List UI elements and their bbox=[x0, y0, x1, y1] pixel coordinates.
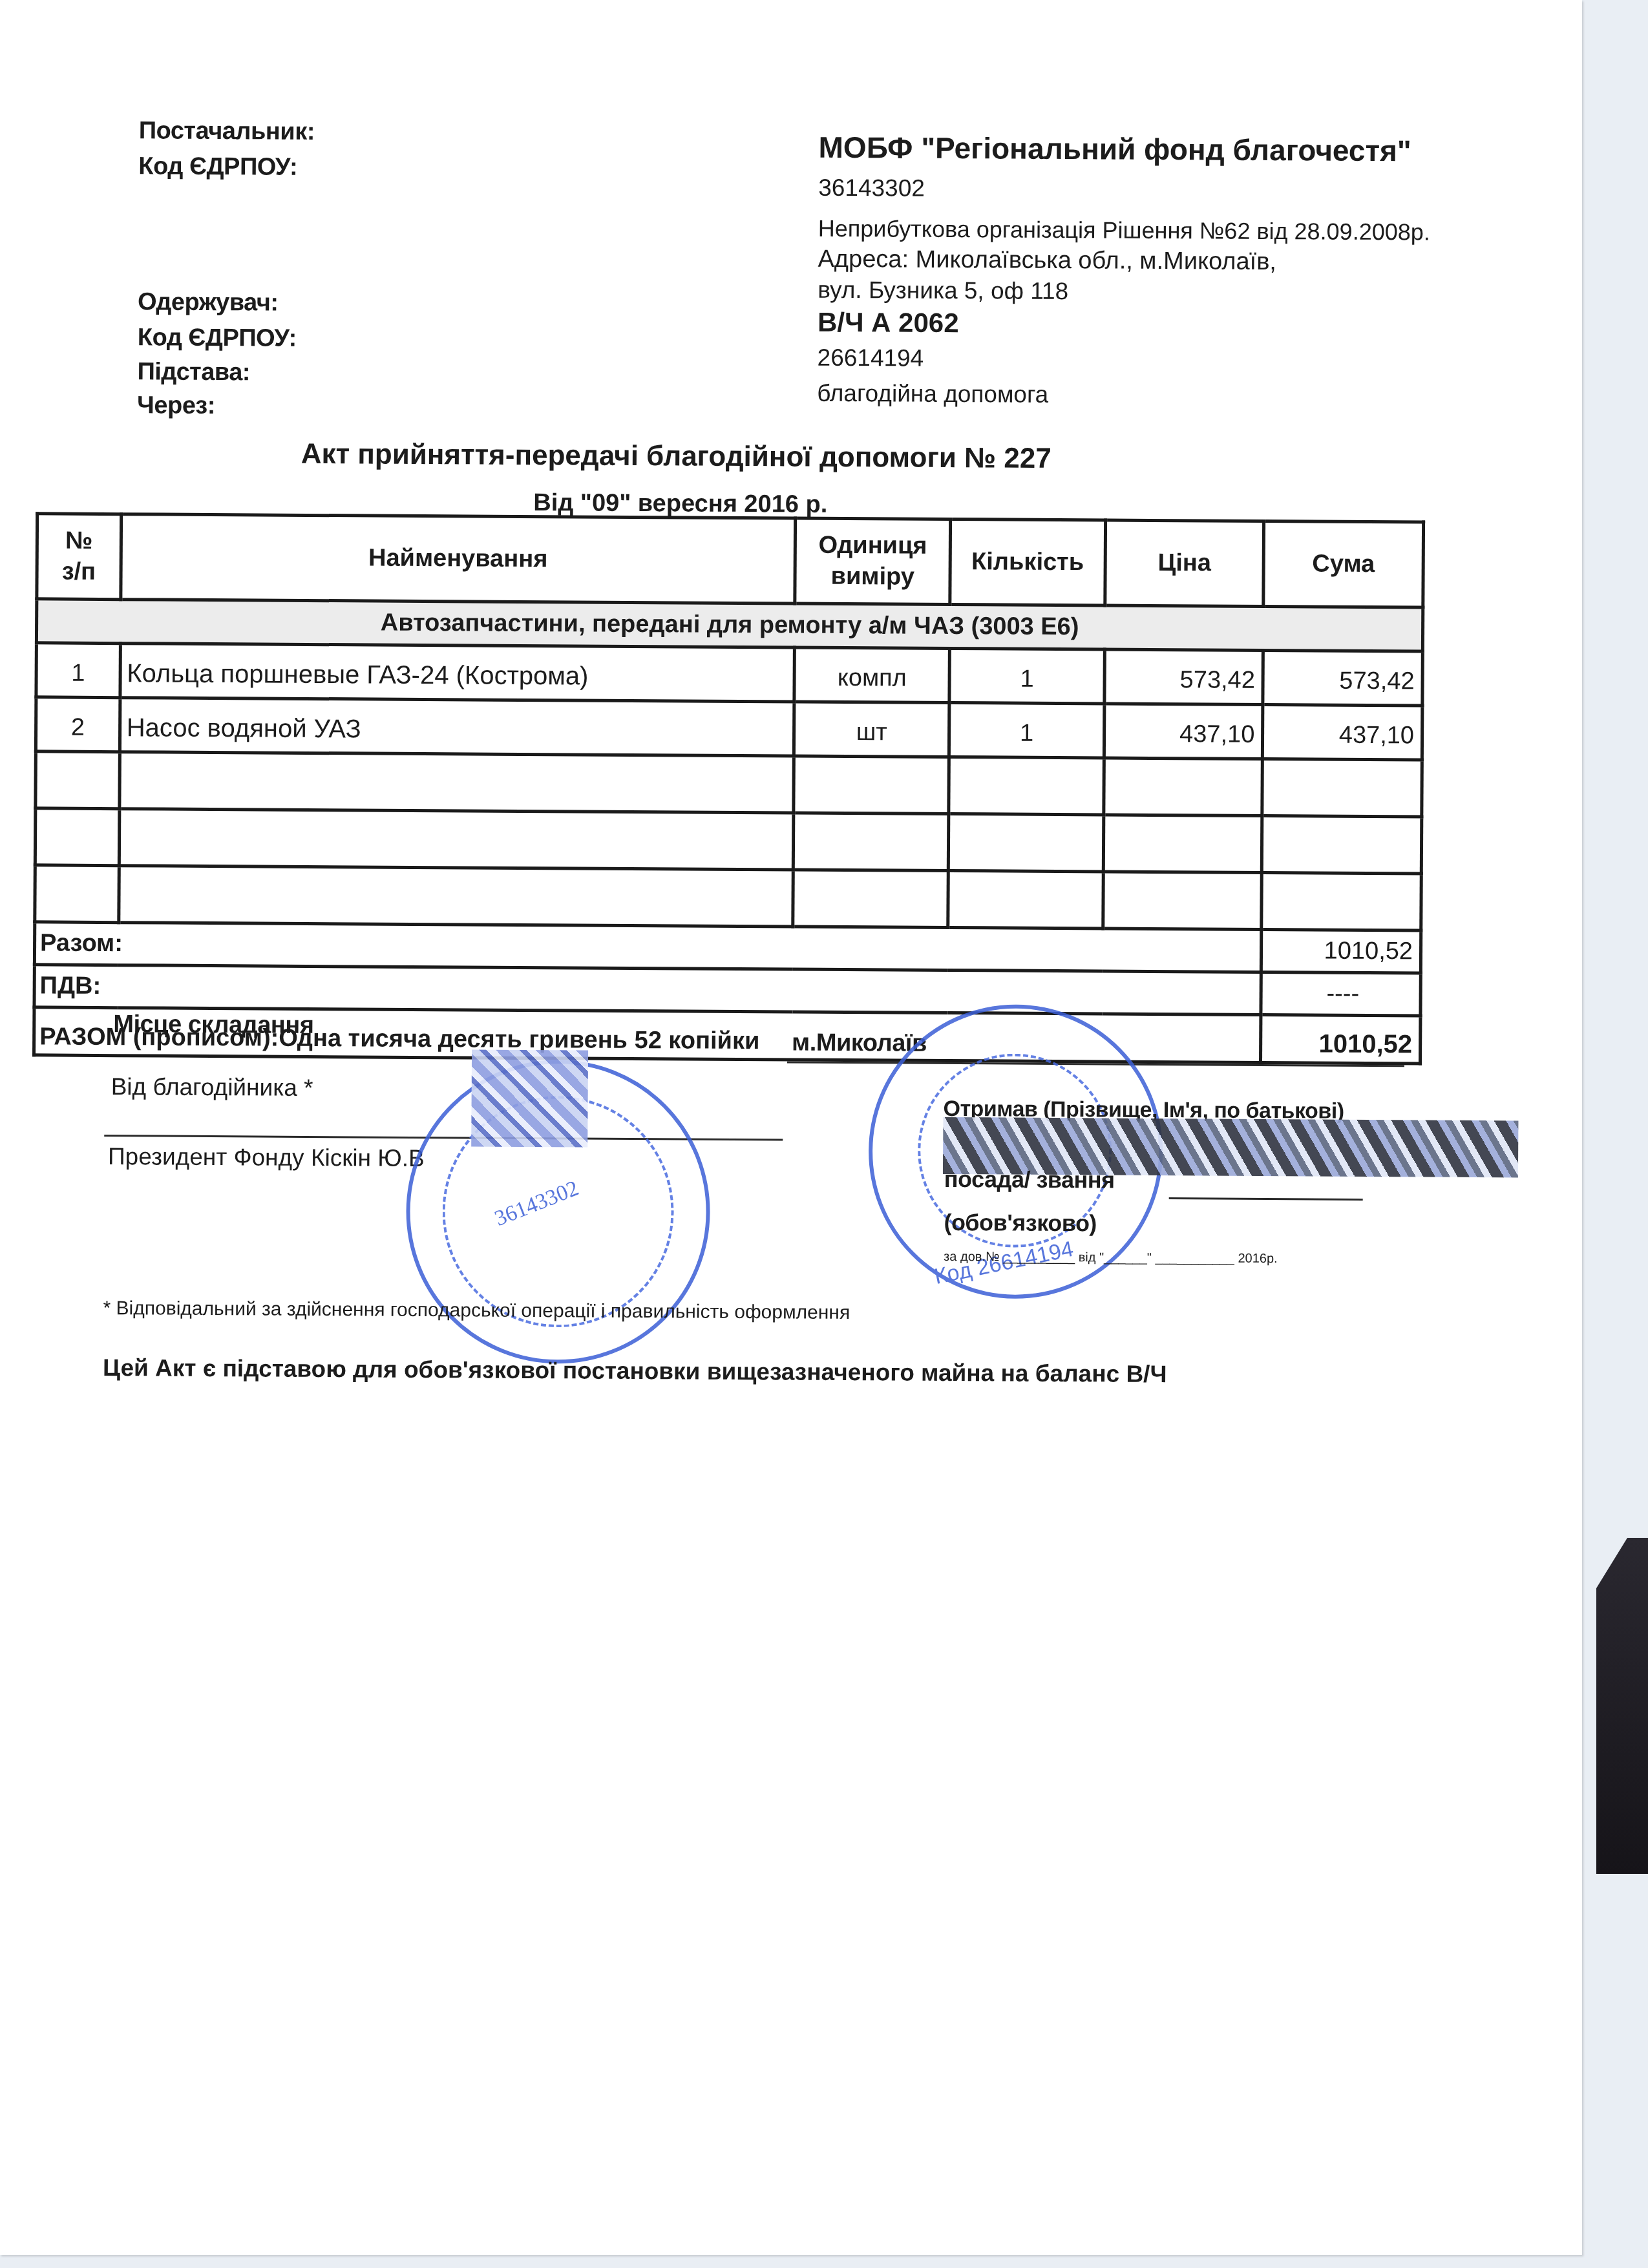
recipient-name: В/Ч А 2062 bbox=[818, 307, 959, 339]
total-value: 1010,52 bbox=[1262, 929, 1421, 973]
column-header-quantity: Кількість bbox=[950, 519, 1106, 605]
supplier-name: МОБФ "Регіональний фонд благочестя" bbox=[818, 130, 1411, 169]
table-row: 2 Насос водяной УАЗ шт 1 437,10 437,10 bbox=[36, 697, 1422, 760]
table-row: 1 Кольца поршневые ГАЗ-24 (Кострома) ком… bbox=[36, 643, 1422, 706]
row-quantity: 1 bbox=[949, 702, 1104, 757]
row-number: 2 bbox=[36, 697, 120, 752]
column-header-number: №з/п bbox=[37, 514, 121, 600]
responsible-note: * Відповідальний за здійснення господарс… bbox=[103, 1297, 850, 1324]
document-content: Постачальник: Код ЄДРПОУ: Одержувач: Код… bbox=[0, 0, 1582, 1496]
row-unit: шт bbox=[794, 702, 949, 757]
empty-row bbox=[35, 808, 1421, 874]
column-header-sum: Сума bbox=[1263, 521, 1423, 607]
scanned-page: Постачальник: Код ЄДРПОУ: Одержувач: Код… bbox=[0, 0, 1582, 2255]
document-title: Акт прийняття-передачі благодійної допом… bbox=[301, 438, 1051, 475]
column-header-name: Найменування bbox=[120, 514, 796, 604]
row-name: Кольца поршневые ГАЗ-24 (Кострома) bbox=[120, 644, 795, 702]
scanner-shadow bbox=[1596, 1538, 1648, 1874]
place-label: Місце складання bbox=[113, 1011, 313, 1040]
supplier-label: Постачальник: bbox=[139, 117, 315, 146]
supplier-note: Неприбуткова організація Рішення №62 від… bbox=[818, 215, 1430, 246]
basis-label: Підстава: bbox=[137, 358, 250, 386]
row-price: 573,42 bbox=[1104, 649, 1263, 704]
row-sum: 573,42 bbox=[1263, 650, 1422, 706]
donor-signer: Президент Фонду Кіскін Ю.В bbox=[108, 1143, 425, 1172]
items-table: №з/п Найменування Одиницявиміру Кількіст… bbox=[32, 512, 1425, 1065]
table-header-row: №з/п Найменування Одиницявиміру Кількіст… bbox=[37, 514, 1424, 607]
vat-value: ---- bbox=[1261, 972, 1421, 1016]
recipient-code-label: Код ЄДРПОУ: bbox=[138, 324, 297, 353]
supplier-code: 36143302 bbox=[818, 174, 925, 202]
supplier-code-label: Код ЄДРПОУ: bbox=[138, 152, 297, 182]
row-price: 437,10 bbox=[1104, 704, 1263, 759]
power-of-attorney: за дов.№ __________ від "______" _______… bbox=[944, 1250, 1278, 1266]
position-underline bbox=[1169, 1197, 1363, 1201]
document-date: Від "09" вересня 2016 р. bbox=[533, 489, 827, 519]
empty-row bbox=[36, 751, 1422, 817]
via-label: Через: bbox=[137, 392, 215, 420]
row-unit: компл bbox=[794, 647, 949, 702]
group-row: Автозапчастини, передані для ремонту а/м… bbox=[36, 599, 1422, 651]
row-sum: 437,10 bbox=[1263, 704, 1422, 760]
basis-statement: Цей Акт є підставою для обов'язкової пос… bbox=[103, 1354, 1167, 1388]
supplier-address-line-2: вул. Бузника 5, оф 118 bbox=[818, 277, 1068, 305]
column-header-unit: Одиницявиміру bbox=[795, 518, 951, 604]
recipient-code: 26614194 bbox=[818, 344, 924, 372]
recipient-label: Одержувач: bbox=[138, 288, 279, 317]
total-label: Разом: bbox=[34, 922, 1262, 972]
row-name: Насос водяной УАЗ bbox=[120, 698, 794, 756]
row-number: 1 bbox=[36, 643, 120, 698]
vat-label: ПДВ: bbox=[34, 965, 1262, 1015]
row-quantity: 1 bbox=[949, 648, 1104, 703]
total-in-words-value: 1010,52 bbox=[1261, 1014, 1421, 1064]
column-header-price: Ціна bbox=[1105, 520, 1264, 606]
empty-row bbox=[35, 865, 1421, 930]
supplier-address-line-1: Адреса: Миколаївська обл., м.Миколаїв, bbox=[818, 246, 1276, 276]
redacted-signature bbox=[471, 1049, 588, 1147]
mandatory-label: (обов'язково) bbox=[944, 1209, 1097, 1237]
position-label: посада/ звання bbox=[944, 1166, 1115, 1194]
group-title: Автозапчастини, передані для ремонту а/м… bbox=[36, 599, 1422, 651]
basis-value: благодійна допомога bbox=[817, 380, 1048, 408]
from-donor-label: Від благодійника * bbox=[111, 1073, 313, 1102]
